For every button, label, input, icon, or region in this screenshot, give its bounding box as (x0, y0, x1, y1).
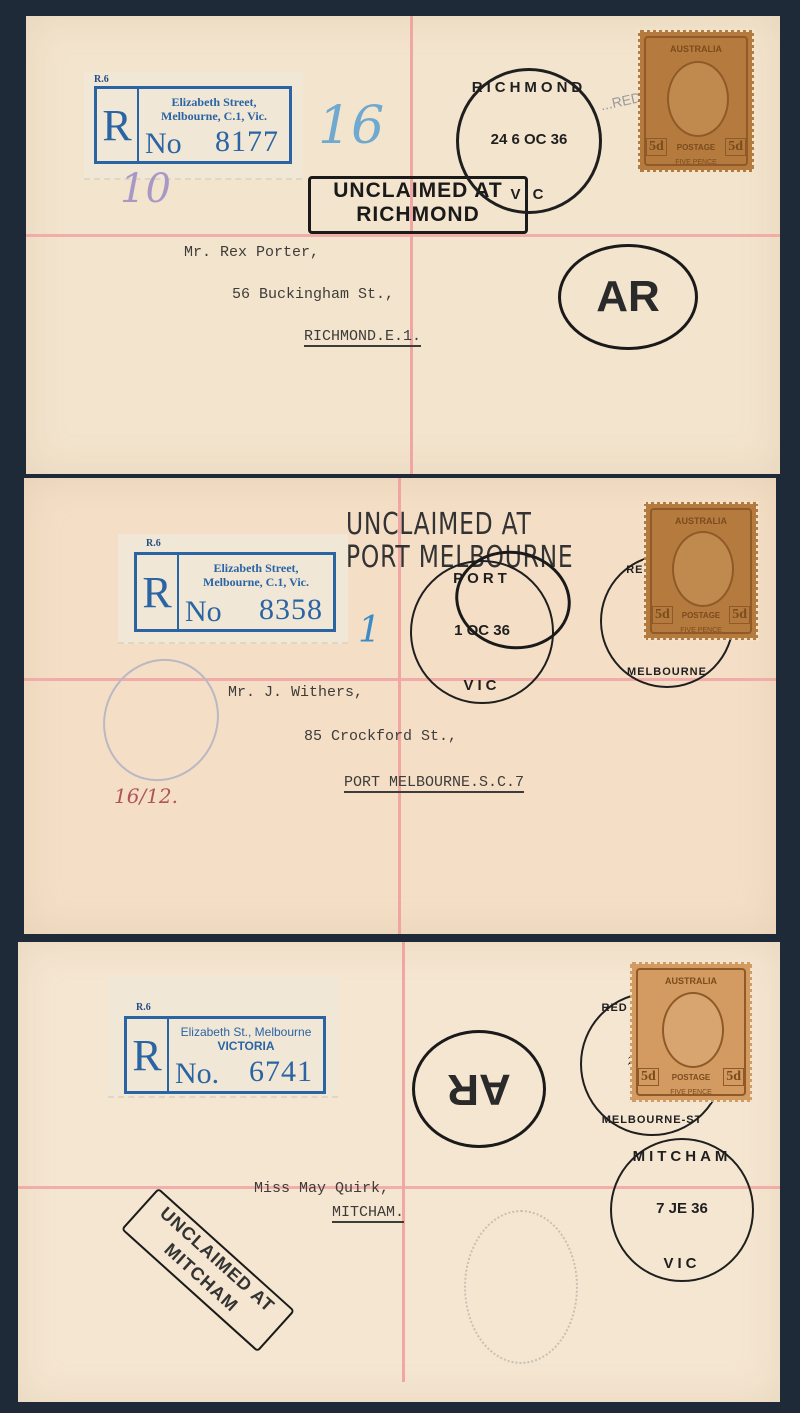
registered-letter: R (137, 555, 179, 629)
label-form-code: R.6 (146, 538, 161, 549)
label-form-code: R.6 (136, 1002, 151, 1013)
registration-number: 6741 (249, 1055, 313, 1089)
handwritten-pencil-note: 10 (120, 166, 171, 212)
handwritten-blue-note: 16 (318, 96, 384, 156)
addressee-name: Mr. Rex Porter, (184, 244, 319, 261)
unclaimed-at-mitcham-handstamp: UNCLAIMED AT MITCHAM (121, 1188, 295, 1353)
ar-oval-handstamp: AR (558, 244, 698, 350)
label-no-prefix: No. (175, 1057, 219, 1091)
ar-oval-handstamp: AR (412, 1030, 546, 1148)
mitcham-postmark: MITCHAM 7 JE 36 VIC (610, 1138, 754, 1282)
postage-stamp-5d: AUSTRALIA POSTAGE FIVE PENCE 5d 5d (638, 30, 754, 172)
registration-label: R.6 R Elizabeth Street, Melbourne, C.1, … (118, 534, 348, 644)
registration-number: 8177 (215, 125, 279, 159)
addressee-name: Mr. J. Withers, (228, 684, 363, 701)
pencil-scribble (83, 640, 239, 801)
faint-postmark (464, 1210, 578, 1364)
registered-cover-3: R.6 R Elizabeth St., Melbourne VICTORIA … (18, 942, 780, 1402)
handwritten-red-note: 16/12. (114, 784, 178, 808)
registered-letter: R (97, 89, 139, 161)
registered-letter: R (127, 1019, 169, 1091)
registered-cover-1: R.6 R Elizabeth Street, Melbourne, C.1, … (26, 16, 780, 474)
registration-line-horizontal (26, 234, 780, 237)
richmond-postmark: RICHMOND 24 6 OC 36 VIC (456, 68, 602, 214)
postage-stamp-5d: AUSTRALIA POSTAGE FIVE PENCE 5d 5d (644, 502, 758, 640)
registration-number: 8358 (259, 593, 323, 627)
label-no-prefix: No (185, 595, 222, 629)
addressee-town: PORT MELBOURNE.S.C.7 (344, 774, 524, 793)
addressee-town: RICHMOND.E.1. (304, 328, 421, 347)
registration-label: R.6 R Elizabeth Street, Melbourne, C.1, … (84, 72, 302, 180)
registration-line-vertical (402, 942, 405, 1382)
label-no-prefix: No (145, 127, 182, 161)
postage-stamp-5d: AUSTRALIA POSTAGE FIVE PENCE 5d 5d (630, 962, 752, 1102)
label-office: Elizabeth Street, Melbourne, C.1, Vic. (179, 561, 333, 589)
addressee-street: 85 Crockford St., (304, 728, 457, 745)
addressee-name: Miss May Quirk, (254, 1180, 389, 1197)
label-form-code: R.6 (94, 74, 109, 85)
addressee-street: 56 Buckingham St., (232, 286, 394, 303)
handwritten-blue-note: 1 (358, 610, 381, 651)
registration-line-vertical (410, 16, 413, 474)
addressee-town: MITCHAM. (332, 1204, 404, 1223)
registration-label: R.6 R Elizabeth St., Melbourne VICTORIA … (108, 976, 338, 1098)
label-office: Elizabeth St., Melbourne VICTORIA (169, 1025, 323, 1053)
registered-cover-2: R.6 R Elizabeth Street, Melbourne, C.1, … (24, 478, 776, 934)
label-office: Elizabeth Street, Melbourne, C.1, Vic. (139, 95, 289, 123)
